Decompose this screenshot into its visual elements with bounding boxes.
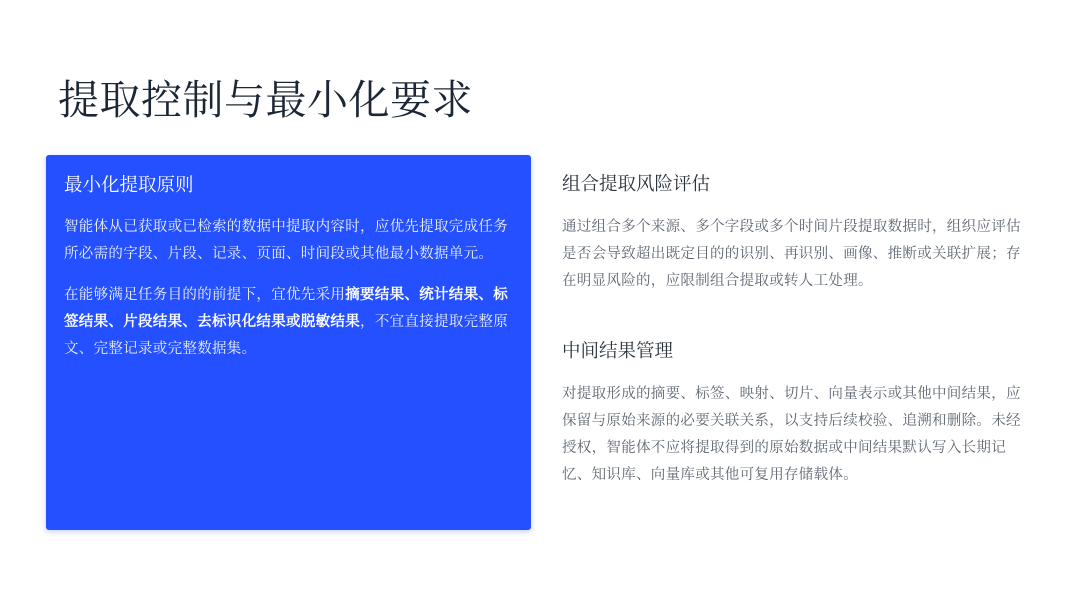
- card-paragraph-2: 在能够满足任务目的的前提下，宜优先采用摘要结果、统计结果、标签结果、片段结果、去…: [64, 282, 513, 363]
- section-heading: 组合提取风险评估: [562, 170, 1028, 200]
- section-heading: 中间结果管理: [562, 337, 1028, 367]
- section-body: 通过组合多个来源、多个字段或多个时间片段提取数据时，组织应评估是否会导致超出既定…: [562, 214, 1028, 295]
- slide-title: 提取控制与最小化要求: [58, 74, 473, 126]
- combined-extraction-risk-section: 组合提取风险评估 通过组合多个来源、多个字段或多个时间片段提取数据时，组织应评估…: [562, 170, 1028, 295]
- section-body: 对提取形成的摘要、标签、映射、切片、向量表示或其他中间结果，应保留与原始来源的必…: [562, 381, 1028, 489]
- card-paragraph-1: 智能体从已获取或已检索的数据中提取内容时，应优先提取完成任务所必需的字段、片段、…: [64, 214, 513, 268]
- minimization-principle-card: 最小化提取原则 智能体从已获取或已检索的数据中提取内容时，应优先提取完成任务所必…: [46, 155, 531, 530]
- card-paragraph-2-prefix: 在能够满足任务目的的前提下，宜优先采用: [64, 287, 345, 303]
- card-heading: 最小化提取原则: [64, 171, 513, 201]
- intermediate-results-section: 中间结果管理 对提取形成的摘要、标签、映射、切片、向量表示或其他中间结果，应保留…: [562, 337, 1028, 489]
